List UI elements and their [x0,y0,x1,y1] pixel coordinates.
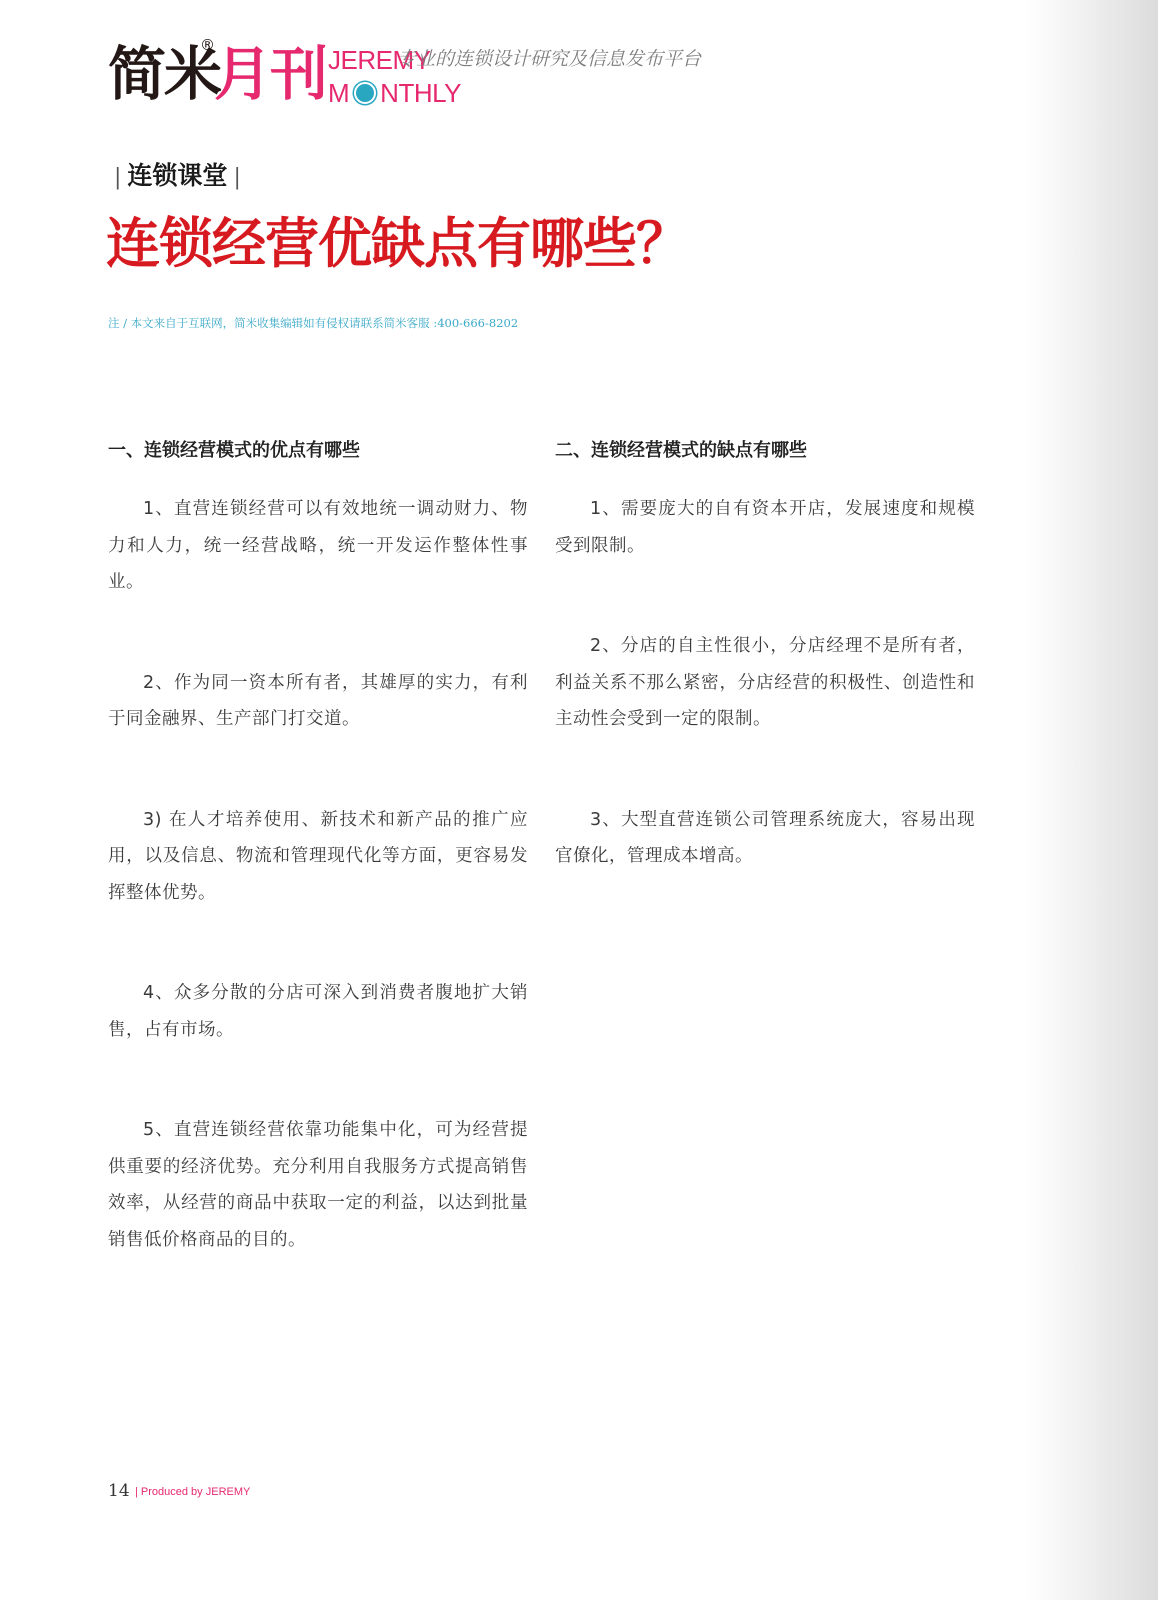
logo-dot-icon [354,82,376,104]
produced-by: | Produced by JEREMY [135,1484,250,1500]
advantage-item: 1、直营连锁经营可以有效地统一调动财力、物力和人力，统一经营战略，统一开发运作整… [108,491,528,601]
advantage-item: 4、众多分散的分店可深入到消费者腹地扩大销售，占有市场。 [108,975,528,1048]
logo-monthly-rest: NTHLY [380,78,461,108]
divider-bar-right: | [233,165,240,190]
disadvantage-item: 3、大型直营连锁公司管理系统庞大，容易出现官僚化，管理成本增高。 [555,802,975,875]
column-label: |连锁课堂| [108,160,247,194]
disadvantages-heading: 二、连锁经营模式的缺点有哪些 [555,436,975,466]
disadvantage-item: 1、需要庞大的自有资本开店，发展速度和规模受到限制。 [555,491,975,564]
advantages-heading: 一、连锁经营模式的优点有哪些 [108,436,528,466]
advantage-item: 5、直营连锁经营依靠功能集中化，可为经营提供重要的经济优势。充分利用自我服务方式… [108,1112,528,1258]
column-label-text: 连锁课堂 [127,161,227,190]
disadvantage-item: 2、分店的自主性很小，分店经理不是所有者，利益关系不那么紧密，分店经营的积极性、… [555,628,975,738]
page-title: 连锁经营优缺点有哪些？ [106,208,689,278]
advantages-section: 一、连锁经营模式的优点有哪些 1、直营连锁经营可以有效地统一调动财力、物力和人力… [108,436,528,1258]
logo-monthly-m: M [328,78,349,108]
divider-bar-left: | [114,165,121,190]
advantage-item: 2、作为同一资本所有者，其雄厚的实力，有利于同金融界、生产部门打交道。 [108,665,528,738]
source-note: 注 / 本文来自于互联网，简米收集编辑如有侵权请联系简米客服 :400-666-… [108,315,518,331]
page-number: 14 [108,1479,130,1503]
advantage-item: 3) 在人才培养使用、新技术和新产品的推广应用，以及信息、物流和管理现代化等方面… [108,802,528,912]
tagline: 专业的连锁设计研究及信息发布平台 [397,47,701,71]
logo-monthly-cn: 月刊 [214,42,326,106]
registered-mark: ® [200,36,215,54]
disadvantages-section: 二、连锁经营模式的缺点有哪些 1、需要庞大的自有资本开店，发展速度和规模受到限制… [555,436,975,875]
logo-monthly-en: M NTHLY [328,78,461,108]
